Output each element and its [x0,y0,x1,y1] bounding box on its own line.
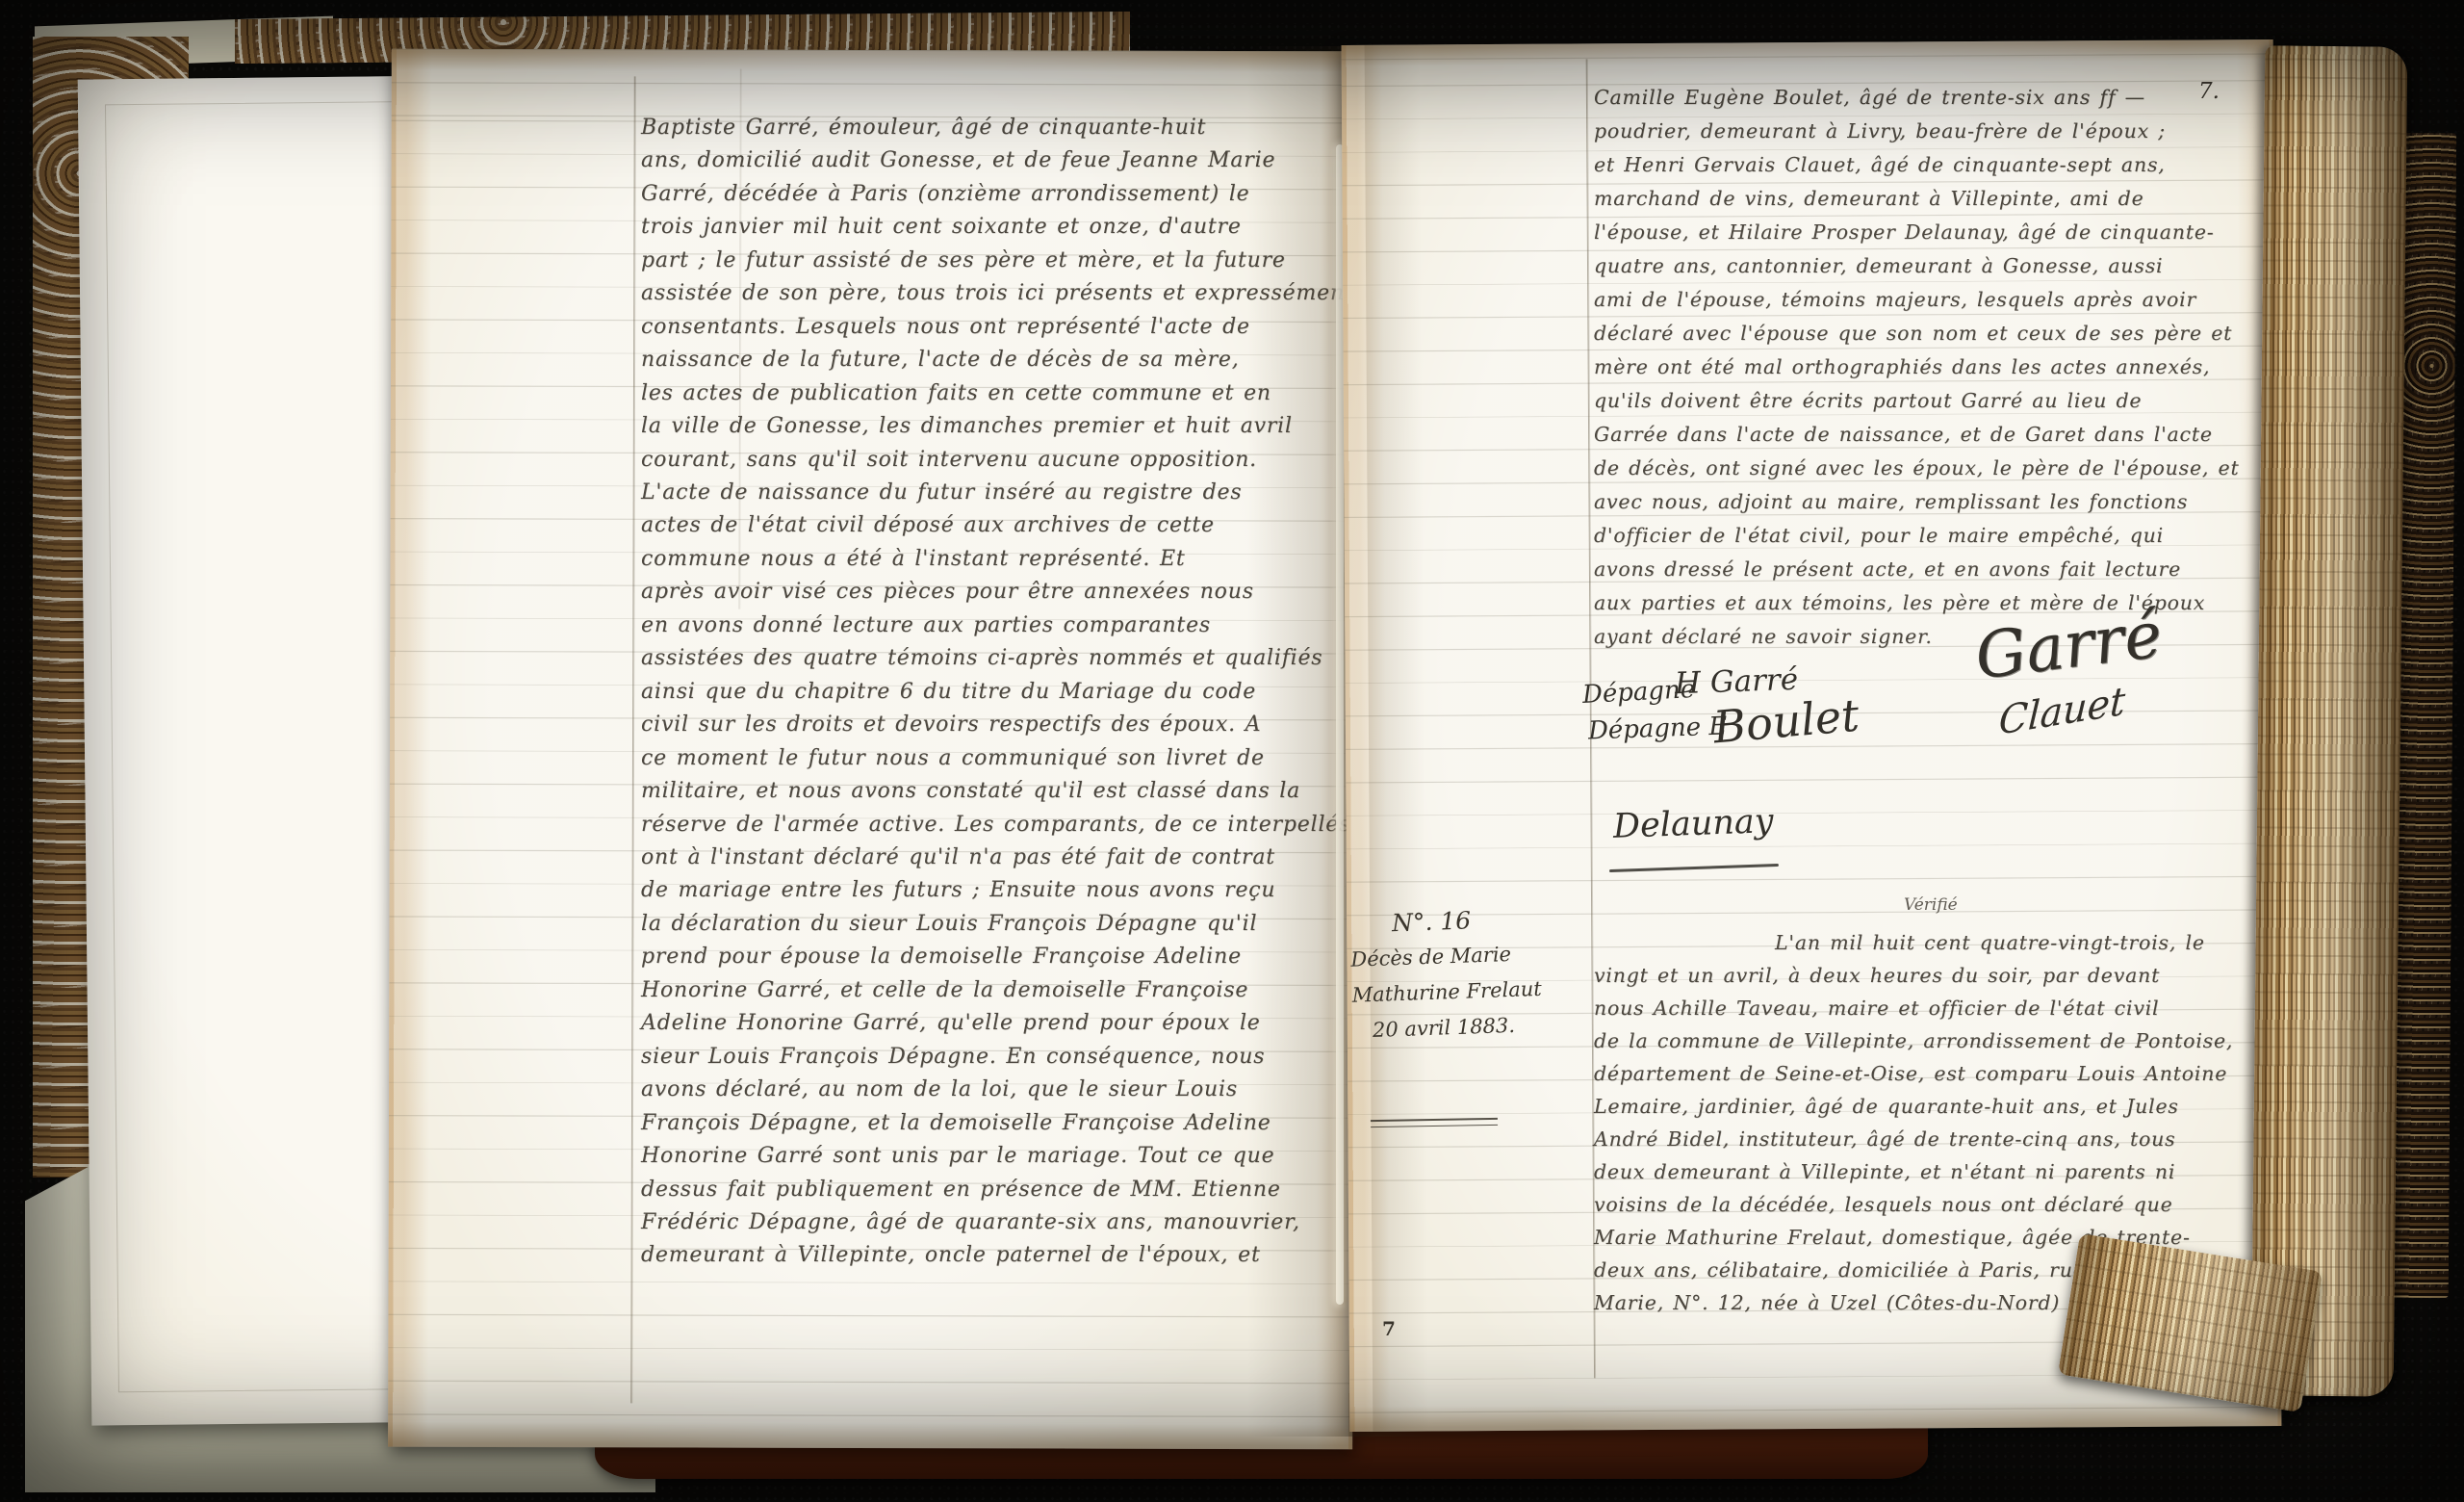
act-date: 20 avril 1883. [1352,1006,1560,1049]
left-page-margin-rule [630,76,636,1403]
manuscript-text-line: Baptiste Garré, émouleur, âgé de cinquan… [641,112,1344,144]
signature-depagne-witness: Dépagne E [1588,712,1728,745]
act-title-line-2: Mathurine Frelaut [1351,971,1559,1013]
manuscript-text-line: deux demeurant à Villepinte, et n'étant … [1594,1155,2215,1188]
manuscript-text-line: prend pour épouse la demoiselle François… [641,941,1344,973]
manuscript-text-line: demeurant à Villepinte, oncle paternel d… [641,1239,1344,1272]
manuscript-text-line: commune nous a été à l'instant représent… [641,543,1344,576]
manuscript-text-line: quatre ans, cantonnier, demeurant à Gone… [1594,249,2215,283]
manuscript-text-line: Frédéric Dépagne, âgé de quarante-six an… [641,1206,1344,1239]
manuscript-text-line: trois janvier mil huit cent soixante et … [641,211,1344,244]
manuscript-text-line: ainsi que du chapitre 6 du titre du Mari… [641,676,1344,709]
manuscript-text-line: L'acte de naissance du futur inséré au r… [641,477,1344,509]
manuscript-text-line: avec nous, adjoint au maire, remplissant… [1594,485,2215,519]
manuscript-text-line: ami de l'épouse, témoins majeurs, lesque… [1594,283,2215,317]
manuscript-text-line: actes de l'état civil déposé aux archive… [641,509,1344,542]
manuscript-text-line: après avoir visé ces pièces pour être an… [641,576,1344,609]
marriage-act-right-text: Camille Eugène Boulet, âgé de trente-six… [1594,81,2215,654]
manuscript-text-line: les actes de publication faits en cette … [641,377,1344,410]
manuscript-text-line: mère ont été mal orthographiés dans les … [1594,350,2215,384]
manuscript-text-line: en avons donné lecture aux parties compa… [641,609,1344,642]
manuscript-text-line: ont à l'instant déclaré qu'il n'a pas ét… [641,842,1344,874]
manuscript-text-line: la ville de Gonesse, les dimanches premi… [641,410,1344,443]
manuscript-text-line: la déclaration du sieur Louis François D… [641,908,1344,941]
manuscript-text-line: déclaré avec l'épouse que son nom et ceu… [1594,317,2215,350]
manuscript-text-line: réserve de l'armée active. Les comparant… [641,809,1344,842]
marriage-act-left-text: Baptiste Garré, émouleur, âgé de cinquan… [641,112,1344,1273]
manuscript-text-line: et Henri Gervais Clauet, âgé de cinquant… [1594,148,2215,182]
manuscript-text-line: naissance de la future, l'acte de décès … [641,344,1344,376]
manuscript-text-line: ce moment le futur nous a communiqué son… [641,742,1344,775]
manuscript-text-line: part ; le futur assisté de ses père et m… [641,245,1344,277]
fore-edge-page-stack [2251,45,2408,1396]
manuscript-text-line: de mariage entre les futurs ; Ensuite no… [641,874,1344,907]
registry-book-scan: Baptiste Garré, émouleur, âgé de cinquan… [0,0,2464,1502]
manuscript-text-line: nous Achille Taveau, maire et officier d… [1594,992,2215,1024]
manuscript-text-line: voisins de la décédée, lesquels nous ont… [1594,1188,2215,1221]
manuscript-text-line: avons déclaré, au nom de la loi, que le … [641,1074,1344,1106]
manuscript-text-line: L'an mil huit cent quatre-vingt-trois, l… [1594,926,2215,959]
manuscript-text-line: Camille Eugène Boulet, âgé de trente-six… [1594,81,2215,115]
manuscript-text-line: Honorine Garré sont unis par le mariage.… [641,1140,1344,1173]
manuscript-text-line: Garré, décédée à Paris (onzième arrondis… [641,178,1344,211]
manuscript-text-line: avons dressé le présent acte, et en avon… [1594,553,2215,586]
margin-annotation-death-act: N°. 16 Décès de Marie Mathurine Frelaut … [1348,899,1560,1049]
manuscript-text-line: François Dépagne, et la demoiselle Franç… [641,1107,1344,1140]
manuscript-text-line: dessus fait publiquement en présence de … [641,1174,1344,1206]
manuscript-text-line: Lemaire, jardinier, âgé de quarante-huit… [1594,1090,2215,1123]
verification-mark: Vérifié [1904,895,1958,915]
manuscript-text-line: poudrier, demeurant à Livry, beau-frère … [1594,115,2215,148]
signature-delaunay: Delaunay [1612,802,1774,846]
manuscript-text-line: Honorine Garré, et celle de la demoisell… [641,974,1344,1007]
manuscript-text-line: vingt et un avril, à deux heures du soir… [1594,959,2215,992]
manuscript-text-line: civil sur les droits et devoirs respecti… [641,709,1344,741]
right-page-gutter-shade [1365,44,1429,1431]
manuscript-text-line: consentants. Lesquels nous ont représent… [641,311,1344,344]
manuscript-text-line: assistées des quatre témoins ci-après no… [641,642,1344,675]
manuscript-text-line: Garrée dans l'acte de naissance, et de G… [1594,418,2215,452]
manuscript-text-line: l'épouse, et Hilaire Prosper Delaunay, â… [1594,216,2215,249]
manuscript-text-line: sieur Louis François Dépagne. En conséqu… [641,1041,1344,1074]
manuscript-text-line: de décès, ont signé avec les époux, le p… [1594,452,2215,485]
manuscript-text-line: militaire, et nous avons constaté qu'il … [641,775,1344,808]
manuscript-text-line: d'officier de l'état civil, pour le mair… [1594,519,2215,553]
manuscript-text-line: qu'ils doivent être écrits partout Garré… [1594,384,2215,418]
manuscript-text-line: ans, domicilié audit Gonesse, et de feue… [641,144,1344,177]
manuscript-text-line: André Bidel, instituteur, âgé de trente-… [1594,1123,2215,1155]
manuscript-text-line: département de Seine-et-Oise, est compar… [1594,1057,2215,1090]
manuscript-text-line: assistée de son père, tous trois ici pré… [641,277,1344,310]
folio-mark-bottom: 7 [1382,1317,1396,1340]
manuscript-text-line: de la commune de Villepinte, arrondissem… [1594,1024,2215,1057]
manuscript-text-line: marchand de vins, demeurant à Villepinte… [1594,182,2215,216]
manuscript-text-line: Adeline Honorine Garré, qu'elle prend po… [641,1007,1344,1040]
manuscript-text-line: courant, sans qu'il soit intervenu aucun… [641,444,1344,477]
